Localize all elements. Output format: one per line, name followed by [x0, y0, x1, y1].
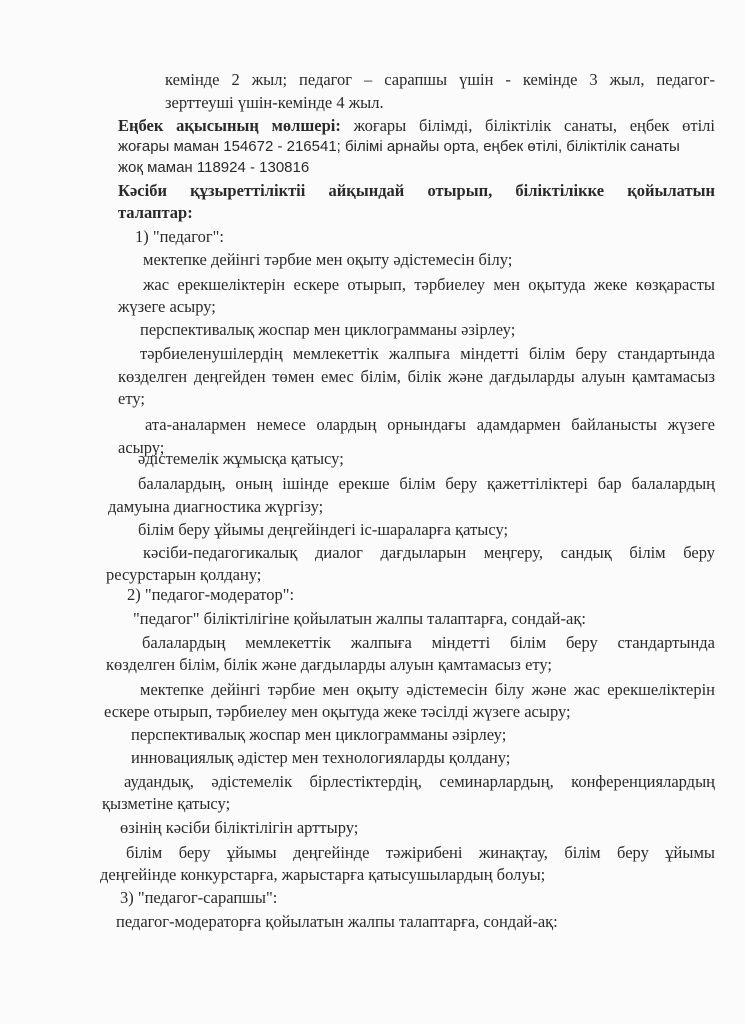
- list-item: өзінің кәсіби біліктілігін арттыру;: [120, 818, 358, 838]
- requirements-heading-line-2: талаптар:: [118, 203, 193, 223]
- list-item: қызметіне қатысу;: [102, 794, 230, 814]
- list-item: мектепке дейінгі тәрбие мен оқыту әдісте…: [143, 250, 512, 270]
- list-item: білім беру ұйымы деңгейіндегі іс-шаралар…: [138, 520, 508, 540]
- section-1-title: 1) "педагог":: [135, 227, 224, 247]
- list-item: жүзеге асыру;: [118, 297, 216, 317]
- list-item: мектепке дейінгі тәрбие мен оқыту әдісте…: [140, 680, 715, 700]
- list-item: көзделген білім, білік және дағдыларды а…: [106, 655, 552, 675]
- salary-line-2: жоғары маман 154672 - 216541; білімі арн…: [118, 137, 680, 157]
- list-item: әдістемелік жұмысқа қатысу;: [138, 449, 344, 469]
- intro-line-2: зерттеуші үшін-кемінде 4 жыл.: [165, 93, 384, 113]
- list-item: "педагог" біліктілігіне қойылатын жалпы …: [133, 609, 586, 629]
- list-item: жас ерекшеліктерін ескере отырып, тәрбие…: [143, 275, 715, 295]
- list-item: деңгейінде конкурстарға, жарыстарға қаты…: [100, 865, 545, 885]
- list-item: ескере отырып, тәрбиелеу мен оқытуда жек…: [104, 702, 571, 722]
- list-item: инновациялық әдістер мен технологияларды…: [131, 748, 510, 768]
- intro-line-1: кемінде 2 жыл; педагог – сарапшы үшін - …: [165, 70, 715, 90]
- section-2-title: 2) "педагог-модератор":: [127, 585, 294, 605]
- requirements-heading-line-1: Кәсіби құзыреттіліктіі айқындай отырып, …: [118, 181, 715, 201]
- section-3-title: 3) "педагог-сарапшы":: [120, 888, 277, 908]
- document-page: кемінде 2 жыл; педагог – сарапшы үшін - …: [0, 0, 745, 1024]
- list-item: балалардың мемлекеттік жалпыға міндетті …: [142, 633, 715, 653]
- list-item: аудандық, әдістемелік бірлестіктердің, с…: [124, 772, 715, 792]
- list-item: перспективалық жоспар мен циклограмманы …: [131, 725, 506, 745]
- list-item: тәрбиеленушілердің мемлекеттік жалпыға м…: [140, 344, 715, 364]
- list-item: перспективалық жоспар мен циклограмманы …: [140, 320, 515, 340]
- list-item: балалардың, оның ішінде ерекше білім бер…: [138, 474, 715, 494]
- salary-line-1: Еңбек ақысының мөлшері: жоғары білімді, …: [118, 116, 715, 136]
- salary-line1-text: жоғары білімді, біліктілік санаты, еңбек…: [341, 116, 715, 135]
- list-item: кәсіби-педагогикалық диалог дағдыларын м…: [143, 543, 715, 563]
- list-item: көзделген деңгейден төмен емес білім, бі…: [118, 367, 715, 387]
- salary-line-3: жоқ маман 118924 - 130816: [118, 158, 309, 178]
- salary-label: Еңбек ақысының мөлшері:: [118, 116, 341, 135]
- list-item: дамуына диагностика жүргізу;: [108, 497, 323, 517]
- list-item: ресурстарын қолдану;: [106, 565, 261, 585]
- list-item: білім беру ұйымы деңгейінде тәжірибені ж…: [126, 843, 715, 863]
- list-item: педагог-модераторға қойылатын жалпы тала…: [116, 912, 558, 932]
- list-item: ата-аналармен немесе олардың орнындағы а…: [145, 415, 715, 435]
- list-item: ету;: [118, 389, 145, 409]
